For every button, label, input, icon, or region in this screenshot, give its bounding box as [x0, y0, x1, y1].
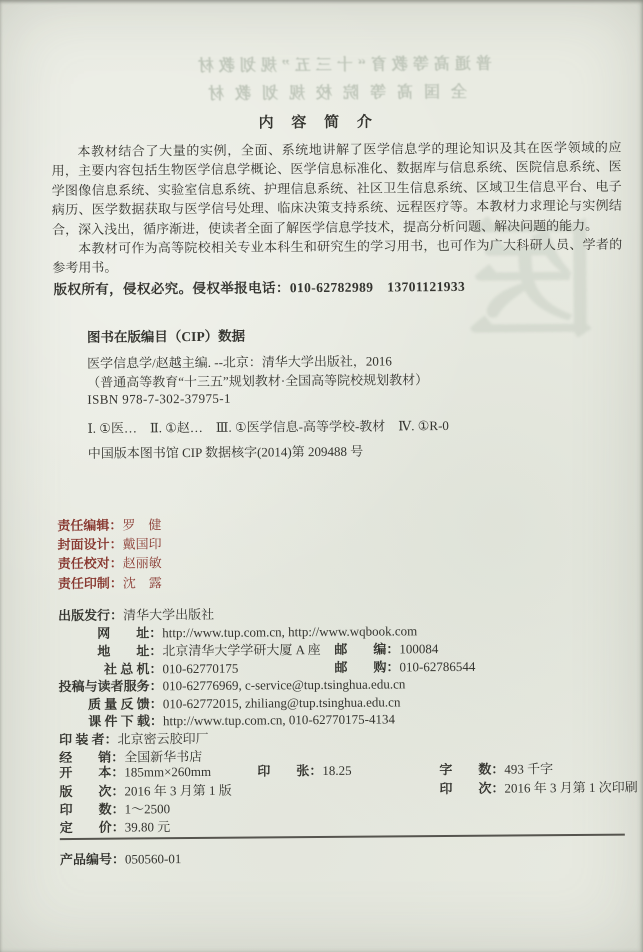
impression-label: 印 次：	[439, 781, 504, 797]
printer-value: 北京密云胶印厂	[118, 731, 209, 747]
word-count-label: 字 数：	[439, 762, 504, 778]
staff-row-editor: 责任编辑：罗 健	[57, 515, 161, 535]
cip-record-number-line: 中国版本图书馆 CIP 数据核字(2014)第 209488 号	[88, 441, 364, 462]
printer-row: 印 装 者：北京密云胶印厂	[59, 728, 209, 748]
zip-label: 邮 编：	[334, 641, 399, 657]
cover-designer-label: 封面设计：	[57, 537, 122, 553]
editor-label: 责任编辑：	[57, 518, 122, 534]
sheets-group: 印 张：18.25	[257, 760, 351, 780]
price-value: 39.80 元	[125, 819, 171, 834]
printer-label: 印 装 者：	[59, 732, 118, 747]
print-supervisor-name: 沈 露	[123, 575, 162, 590]
word-count-group: 字 数：493 千字	[439, 758, 553, 778]
editor-name: 罗 健	[122, 517, 161, 532]
zip-value: 100084	[399, 641, 438, 656]
address-label: 地 址：	[58, 640, 162, 660]
print-run-value: 1～2500	[125, 801, 171, 816]
copyright-warning-line: 版权所有，侵权必究。侵权举报电话：010-62782989 1370112193…	[53, 275, 465, 298]
courseware-label: 课 件 下 载：	[59, 710, 163, 730]
address-value: 北京清华大学学研大厦 A 座	[162, 642, 320, 658]
content-summary-paragraph-2: 本教材可作为高等院校相关专业本科生和研究生的学习用书，也可作为广大科研人员、学者…	[52, 235, 622, 278]
courseware-value: http://www.tup.com.cn, 010-62770175-4134	[163, 711, 395, 728]
reader-service-label: 投稿与读者服务：	[59, 675, 163, 695]
price-row: 定 价：39.80 元	[60, 816, 171, 836]
website-label: 网 址：	[58, 622, 162, 642]
proofreader-label: 责任校对：	[58, 556, 123, 572]
content-summary-title: 内 容 简 介	[0, 108, 640, 134]
courseware-row: 课 件 下 载：http://www.tup.com.cn, 010-62770…	[59, 708, 395, 730]
print-run-row: 印 数：1～2500	[60, 798, 171, 818]
staff-credits-block: 责任编辑：罗 健 封面设计：戴国印 责任校对：赵丽敏 责任印制：沈 露	[57, 515, 162, 593]
sheets-value: 18.25	[322, 763, 351, 778]
staff-row-proofreader: 责任校对：赵丽敏	[58, 554, 162, 574]
proofreader-name: 赵丽敏	[123, 556, 162, 571]
staff-row-print-supervisor: 责任印制：沈 露	[58, 573, 162, 593]
price-label: 定 价：	[60, 820, 125, 836]
word-count-value: 493 千字	[504, 761, 553, 776]
product-code-row: 产品编号：050560-01	[60, 848, 182, 868]
format-value: 185mm×260mm	[124, 764, 211, 780]
cip-series-line: （普通高等教育“十三五”规划教材·全国高等院校规划教材）	[87, 369, 428, 391]
content-summary-block: 本教材结合了大量的实例，全面、系统地讲解了医学信息学的理论知识及其在医学领域的应…	[51, 138, 622, 278]
isbn-line: ISBN 978-7-302-37975-1	[87, 391, 231, 408]
zip-group: 邮 编：100084	[334, 638, 438, 658]
edition-row: 版 次：2016 年 3 月第 1 版 印 次：2016 年 3 月第 1 次印…	[59, 780, 231, 800]
address-row: 地 址：北京清华大学学研大厦 A 座 邮 编：100084	[58, 639, 320, 660]
sheets-label: 印 张：	[257, 763, 322, 779]
content-summary-paragraph-1: 本教材结合了大量的实例，全面、系统地讲解了医学信息学的理论知识及其在医学领域的应…	[51, 138, 622, 240]
edition-label: 版 次：	[59, 784, 124, 800]
publisher-name: 清华大学出版社	[123, 607, 214, 623]
scanned-copyright-page: 普通高等教育“十三五”规划教材 全国高等院校规划教材 医 内 容 简 介 本教材…	[0, 0, 643, 952]
bleed-through-series-title-line1: 普通高等教育“十三五”规划教材	[193, 51, 492, 76]
impression-value: 2016 年 3 月第 1 次印刷	[504, 780, 637, 796]
mail-order-value: 010-62786544	[399, 659, 475, 675]
cip-classification-line: Ⅰ. ①医… Ⅱ. ①赵… Ⅲ. ①医学信息-高等学校-教材 Ⅳ. ①R-0	[88, 415, 449, 437]
bleed-through-series-title-line2: 全国高等院校规划教材	[197, 79, 467, 104]
cip-heading: 图书在版编目（CIP）数据	[87, 325, 245, 346]
impression-group: 印 次：2016 年 3 月第 1 次印刷	[439, 777, 637, 798]
edition-value: 2016 年 3 月第 1 版	[124, 783, 231, 799]
page-content: 普通高等教育“十三五”规划教材 全国高等院校规划教材 医 内 容 简 介 本教材…	[0, 0, 643, 952]
staff-row-cover-designer: 封面设计：戴国印	[57, 534, 161, 554]
print-supervisor-label: 责任印制：	[58, 575, 123, 591]
product-code-label: 产品编号：	[60, 852, 125, 868]
format-label: 开 本：	[59, 765, 124, 781]
publisher-label: 出版发行：	[58, 608, 123, 624]
format-row: 开 本：185mm×260mm 印 张：18.25 字 数：493 千字	[59, 761, 211, 781]
print-run-label: 印 数：	[60, 802, 125, 818]
cip-title-line: 医学信息学/赵越主编. --北京：清华大学出版社，2016	[87, 350, 392, 371]
cover-designer-name: 戴国印	[122, 536, 161, 551]
product-code-value: 050560-01	[125, 851, 181, 866]
